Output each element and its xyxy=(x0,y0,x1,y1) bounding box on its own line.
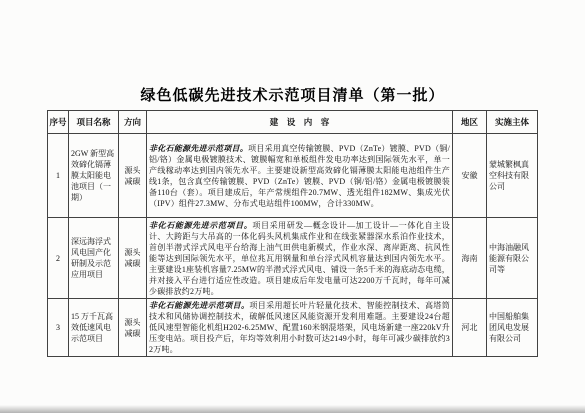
project-content-text: 项目采用真空传输镀膜、PVD（ZnTe）镀膜、PVD（铜/铝/铬）金属电极镀膜技… xyxy=(149,144,450,208)
cell-project-name: 深远海浮式风电国产化研制及示范应用项目 xyxy=(69,218,119,299)
header-no: 序号 xyxy=(48,111,69,134)
cell-project-name: 15 万千瓦高效低速风电示范项目 xyxy=(69,299,119,357)
project-category-label: 非化石能源先进示范项目。 xyxy=(149,144,248,153)
cell-no: 3 xyxy=(48,299,69,357)
table-row: 1 2GW 新型高效碲化镉薄膜太阳能电池项目（一期） 源头减碳 非化石能源先进示… xyxy=(48,134,538,218)
cell-no: 2 xyxy=(48,218,69,299)
scan-edge-shadow xyxy=(0,405,585,413)
cell-entity: 蒙城繁枫真空科技有限公司 xyxy=(487,134,538,218)
document-page: 绿色低碳先进技术示范项目清单（第一批） 序号 项目名称 方向 建 设 内 容 地… xyxy=(0,0,585,413)
cell-construction-content: 非化石能源先进示范项目。项目采用研发—概念设计—加工设计—一体化自主设计、大跨距… xyxy=(147,218,453,299)
project-category-label: 非化石能源先进示范项目。 xyxy=(149,301,249,310)
project-category-label: 非化石能源先进示范项目。 xyxy=(149,221,252,230)
header-construction-content: 建 设 内 容 xyxy=(147,111,453,134)
table-header-row: 序号 项目名称 方向 建 设 内 容 地区 实施主体 xyxy=(48,111,538,134)
table-row: 2 深远海浮式风电国产化研制及示范应用项目 源头减碳 非化石能源先进示范项目。项… xyxy=(48,218,538,299)
cell-entity: 中海油融风能源有限公司等 xyxy=(487,218,538,299)
cell-region: 海南 xyxy=(453,218,487,299)
page-title: 绿色低碳先进技术示范项目清单（第一批） xyxy=(0,84,585,105)
header-project-name: 项目名称 xyxy=(69,111,119,134)
cell-region: 河北 xyxy=(453,299,487,357)
cell-no: 1 xyxy=(48,134,69,218)
project-table: 序号 项目名称 方向 建 设 内 容 地区 实施主体 1 2GW 新型高效碲化镉… xyxy=(47,110,538,357)
cell-project-name: 2GW 新型高效碲化镉薄膜太阳能电池项目（一期） xyxy=(69,134,119,218)
header-entity: 实施主体 xyxy=(487,111,538,134)
cell-entity: 中国船舶集团风电发展有限公司 xyxy=(487,299,538,357)
cell-direction: 源头减碳 xyxy=(119,218,147,299)
header-direction: 方向 xyxy=(119,111,147,134)
cell-construction-content: 非化石能源先进示范项目。项目采用超长叶片轻量化技术、智能控制技术、高塔筒技术和风… xyxy=(147,299,453,357)
cell-direction: 源头减碳 xyxy=(119,134,147,218)
table-row: 3 15 万千瓦高效低速风电示范项目 源头减碳 非化石能源先进示范项目。项目采用… xyxy=(48,299,538,357)
cell-construction-content: 非化石能源先进示范项目。项目采用真空传输镀膜、PVD（ZnTe）镀膜、PVD（铜… xyxy=(147,134,453,218)
cell-direction: 源头减碳 xyxy=(119,299,147,357)
header-region: 地区 xyxy=(453,111,487,134)
project-content-text: 项目采用研发—概念设计—加工设计—一体化自主设计、大跨距与大吊高的一体化码头风机… xyxy=(149,221,450,296)
cell-region: 安徽 xyxy=(453,134,487,218)
